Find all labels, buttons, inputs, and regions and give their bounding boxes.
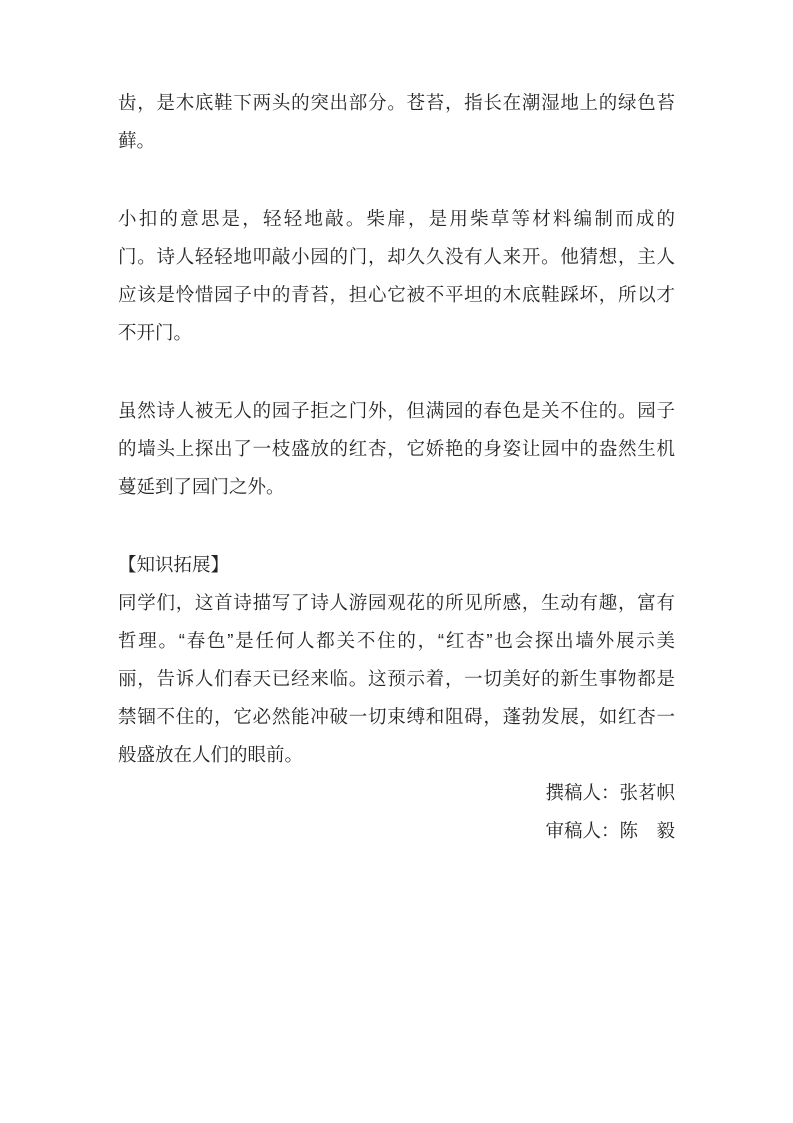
text-line: 门。诗人轻轻地叩敲小园的门，却久久没有人来开。他猜想，主人 [118, 238, 675, 276]
paragraph-note-1: 齿，是木底鞋下两头的突出部分。苍苔，指长在潮湿地上的绿色苔 藓。 [118, 84, 675, 160]
text-line: 齿，是木底鞋下两头的突出部分。苍苔，指长在潮湿地上的绿色苔 [118, 84, 675, 122]
text-line: 小扣的意思是，轻轻地敲。柴扉，是用柴草等材料编制而成的 [118, 200, 675, 238]
text-line: 的墙头上探出了一枝盛放的红杏，它娇艳的身姿让园中的盎然生机 [118, 430, 675, 468]
section-knowledge-expansion: 【知识拓展】 同学们，这首诗描写了诗人游园观花的所见所感，生动有趣，富有 哲理。… [118, 546, 675, 774]
writer-signature: 撰稿人：张茗帜 [118, 774, 675, 812]
paragraph-note-3: 虽然诗人被无人的园子拒之门外，但满园的春色是关不住的。园子 的墙头上探出了一枝盛… [118, 392, 675, 506]
signature-block: 撰稿人：张茗帜 审稿人：陈 毅 [118, 774, 675, 850]
text-line: 应该是怜惜园子中的青苔，担心它被不平坦的木底鞋踩坏，所以才 [118, 276, 675, 314]
text-line: 同学们，这首诗描写了诗人游园观花的所见所感，生动有趣，富有 [118, 584, 675, 622]
text-line: 禁锢不住的，它必然能冲破一切束缚和阻碍，蓬勃发展，如红杏一 [118, 698, 675, 736]
paragraph-note-2: 小扣的意思是，轻轻地敲。柴扉，是用柴草等材料编制而成的 门。诗人轻轻地叩敲小园的… [118, 200, 675, 352]
text-line: 丽，告诉人们春天已经来临。这预示着，一切美好的新生事物都是 [118, 660, 675, 698]
document-content: 齿，是木底鞋下两头的突出部分。苍苔，指长在潮湿地上的绿色苔 藓。 小扣的意思是，… [118, 84, 675, 850]
text-line: 虽然诗人被无人的园子拒之门外，但满园的春色是关不住的。园子 [118, 392, 675, 430]
text-line: 哲理。“春色”是任何人都关不住的，“红杏”也会探出墙外展示美 [118, 622, 675, 660]
section-heading: 【知识拓展】 [118, 546, 675, 584]
text-line: 不开门。 [118, 314, 675, 352]
text-line: 藓。 [118, 122, 675, 160]
text-line: 蔓延到了园门之外。 [118, 468, 675, 506]
text-line: 般盛放在人们的眼前。 [118, 736, 675, 774]
reviewer-signature: 审稿人：陈 毅 [118, 812, 675, 850]
document-page: 齿，是木底鞋下两头的突出部分。苍苔，指长在潮湿地上的绿色苔 藓。 小扣的意思是，… [0, 0, 793, 1123]
